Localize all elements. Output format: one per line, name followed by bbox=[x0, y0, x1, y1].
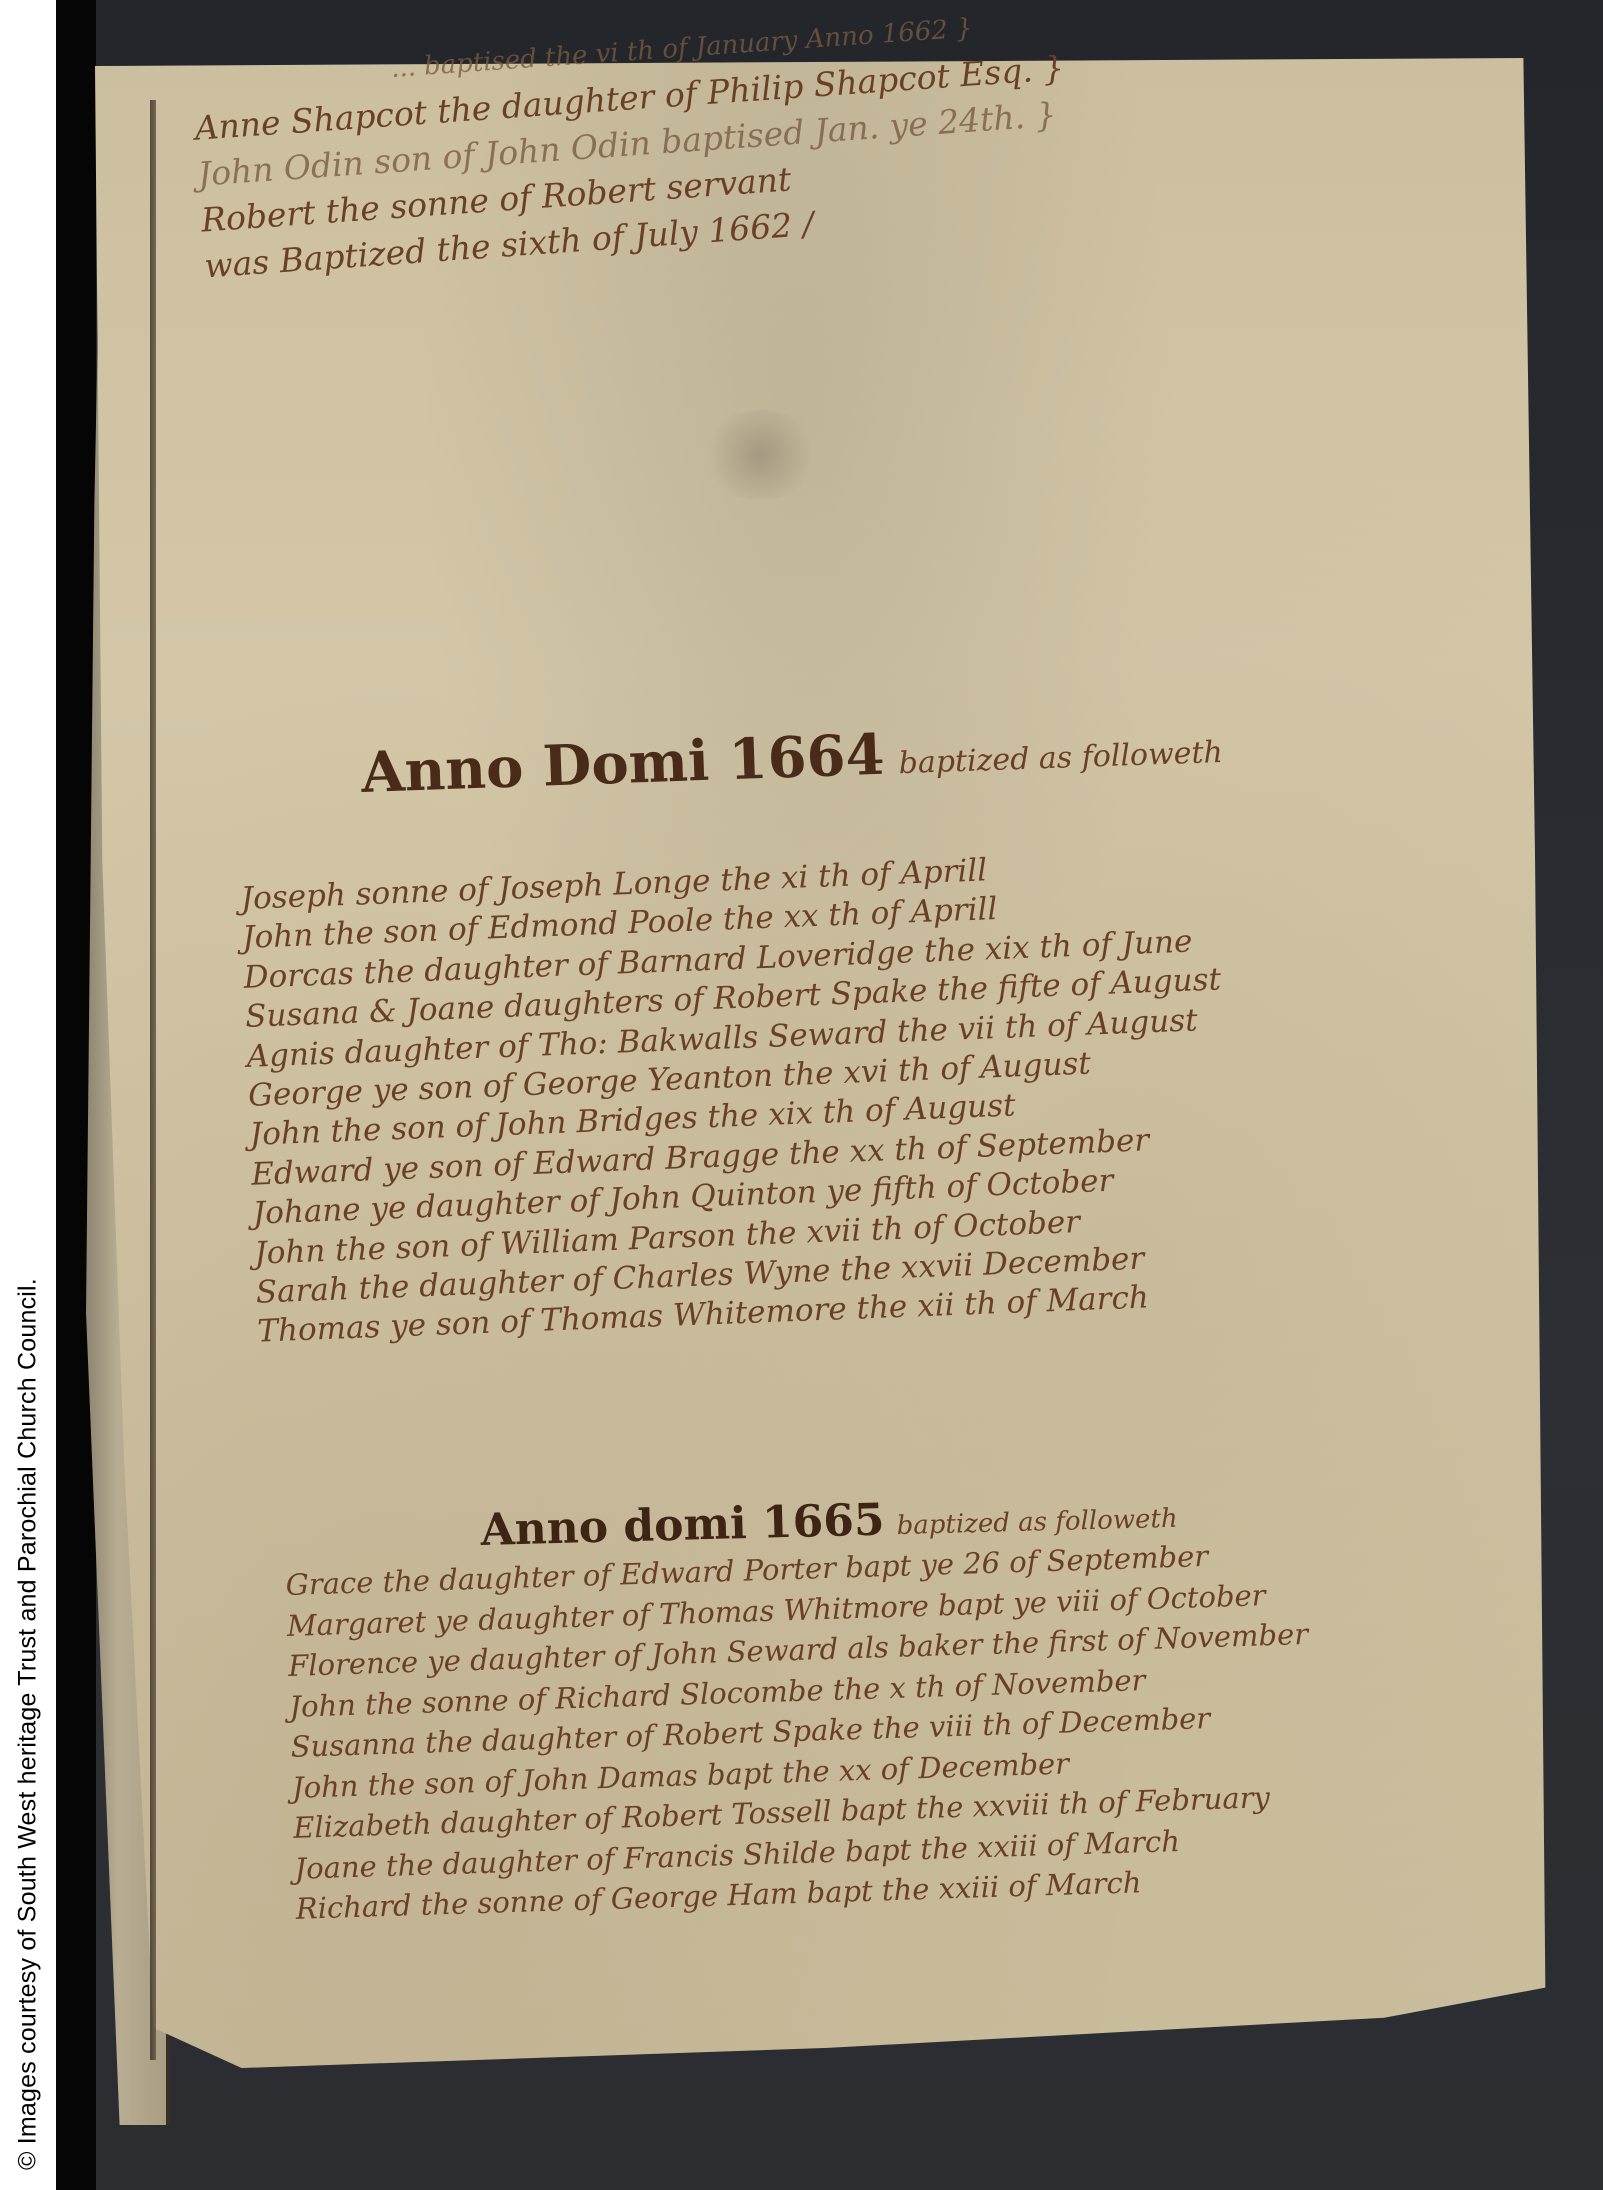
baptism-list-1665: Grace the daughter of Edward Porter bapt… bbox=[285, 1533, 1316, 1929]
heading-title: Anno domi 1665 bbox=[480, 1494, 885, 1556]
paper-stain bbox=[700, 410, 820, 500]
binding-stitch-line bbox=[150, 100, 156, 2060]
heading-subtitle: baptized as followeth bbox=[896, 1504, 1178, 1541]
baptism-list-1664: Joseph sonne of Joseph Longe the xi th o… bbox=[240, 843, 1234, 1353]
credit-strip: © Images courtesy of South West heritage… bbox=[0, 0, 56, 2190]
heading-subtitle: baptized as followeth bbox=[898, 735, 1223, 781]
copyright-credit: © Images courtesy of South West heritage… bbox=[14, 1278, 43, 2170]
